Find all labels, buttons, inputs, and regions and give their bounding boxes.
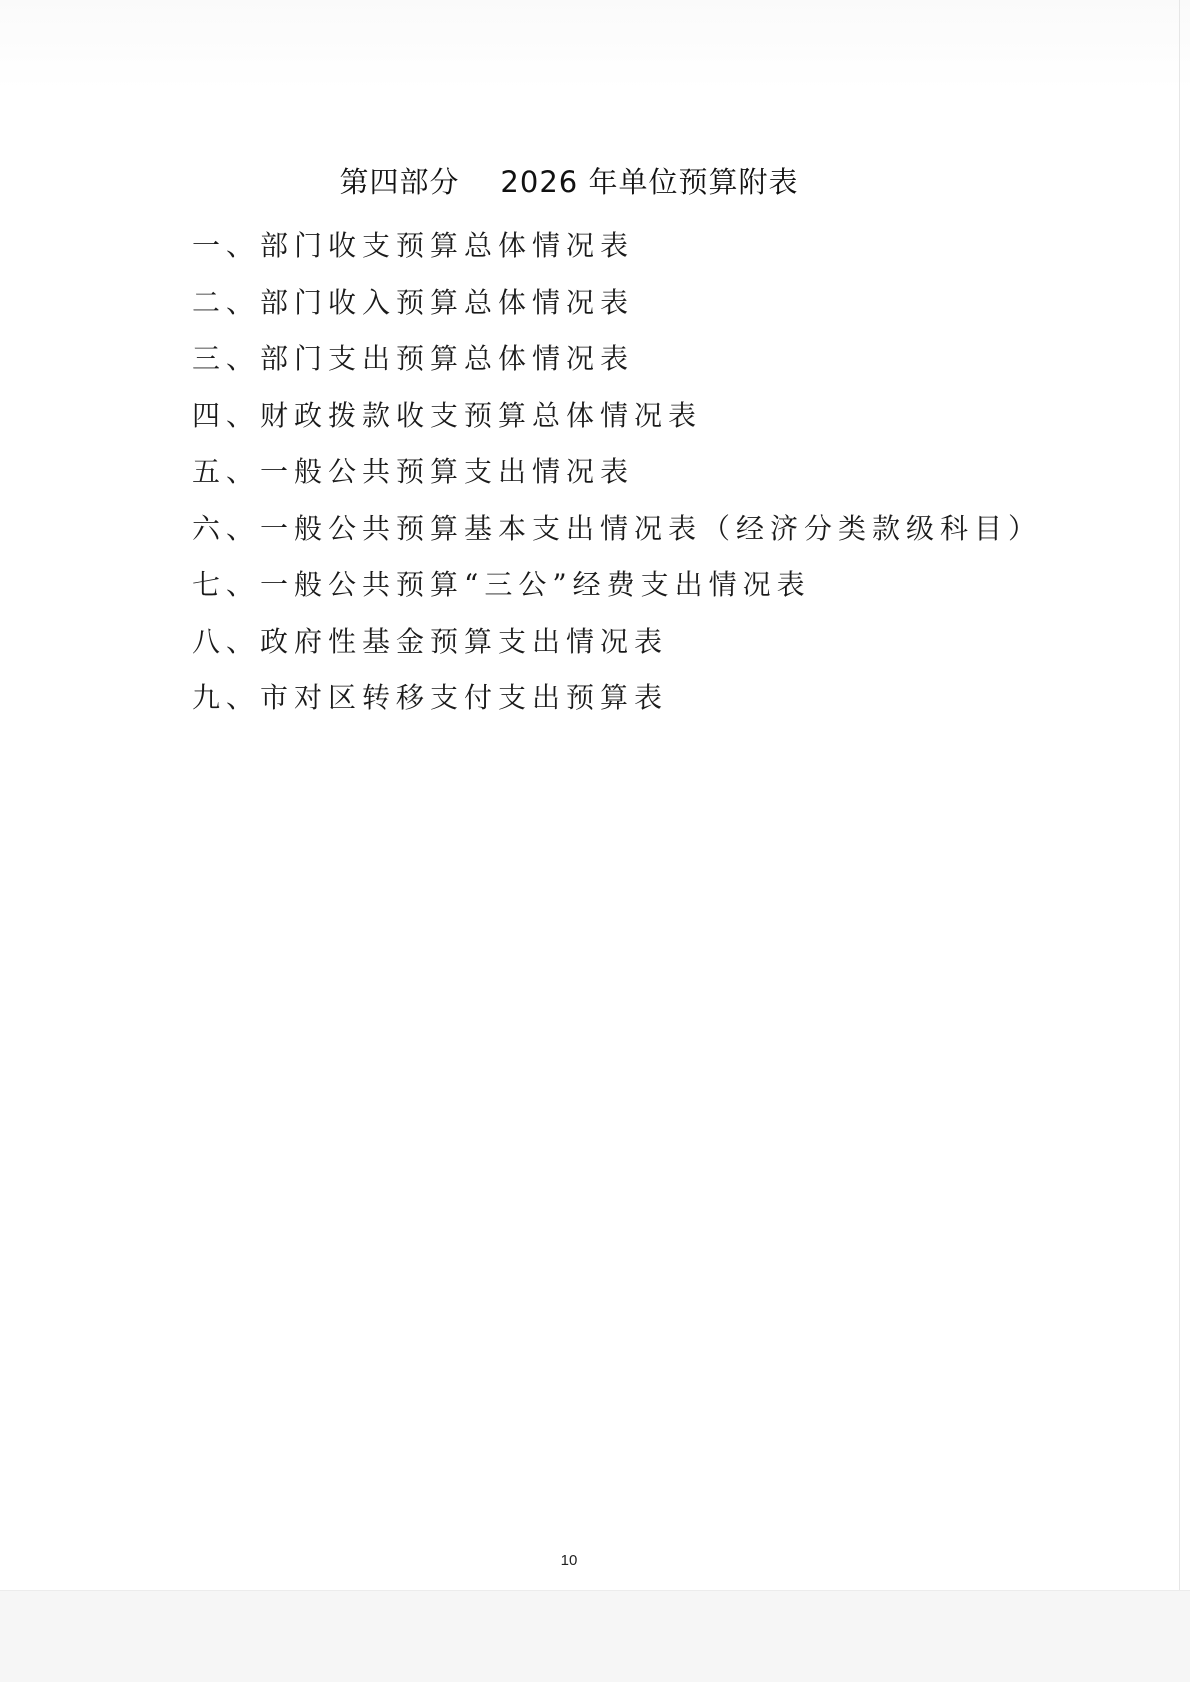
scan-shading-top <box>0 0 1190 90</box>
page-number: 10 <box>0 1552 1138 1569</box>
list-item: 三、部门支出预算总体情况表 <box>192 331 1042 388</box>
scan-edge-right <box>1179 0 1180 1682</box>
list-item: 七、一般公共预算“三公”经费支出情况表 <box>192 557 1042 614</box>
appendix-table-list: 一、部门收支预算总体情况表 二、部门收入预算总体情况表 三、部门支出预算总体情况… <box>192 218 1042 727</box>
list-item: 二、部门收入预算总体情况表 <box>192 275 1042 332</box>
list-item: 九、市对区转移支付支出预算表 <box>192 670 1042 727</box>
list-item: 五、一般公共预算支出情况表 <box>192 444 1042 501</box>
list-item: 四、财政拨款收支预算总体情况表 <box>192 388 1042 445</box>
list-item: 八、政府性基金预算支出情况表 <box>192 614 1042 671</box>
list-item: 六、一般公共预算基本支出情况表（经济分类款级科目） <box>192 501 1042 558</box>
scan-shading-bottom <box>0 1590 1190 1682</box>
list-item: 一、部门收支预算总体情况表 <box>192 218 1042 275</box>
page-title: 第四部分 2026 年单位预算附表 <box>0 160 1138 201</box>
